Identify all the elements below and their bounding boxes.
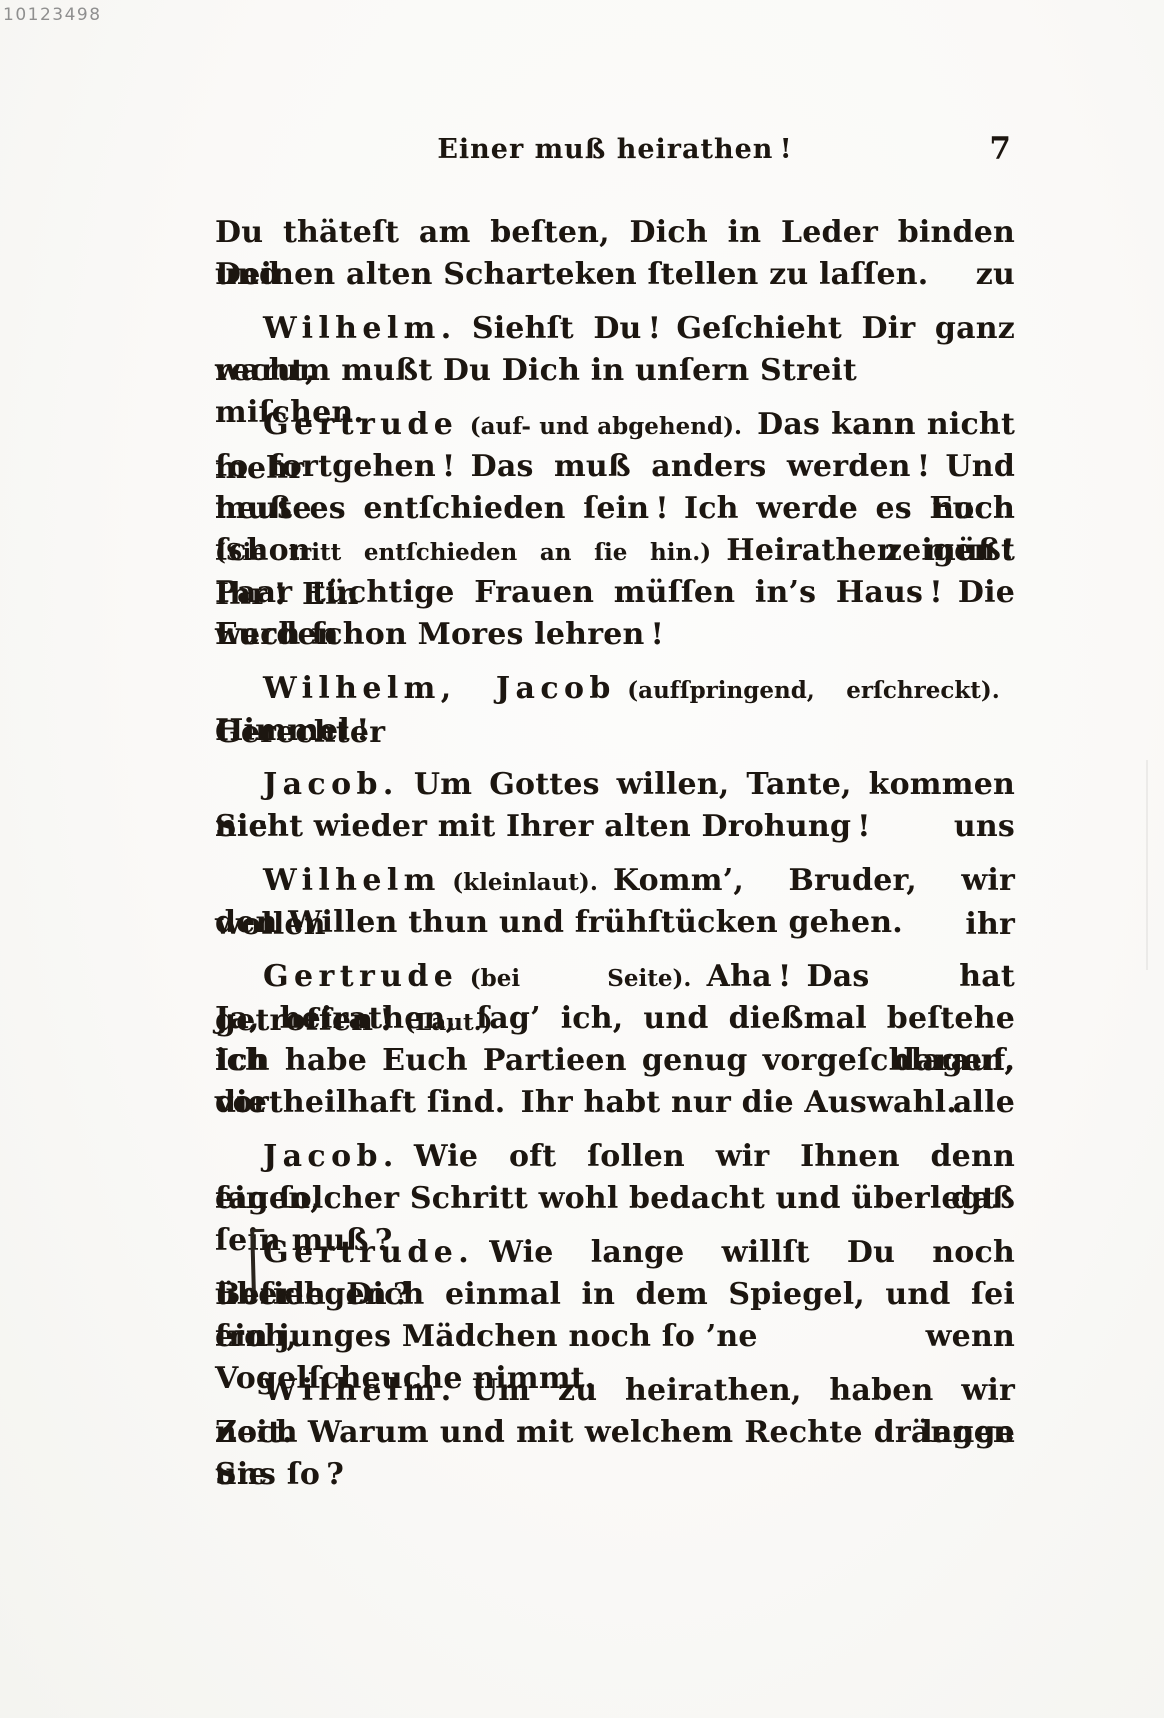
dialogue-text: vortheilhaft ſind. Ihr habt nur die Ausw… [215,1085,957,1120]
text-line: Gertrude (auf- und abgehend). Das kann n… [215,404,1015,446]
text-line: (Sie tritt entſchieden an ſie hin.) Heir… [215,530,1015,572]
speaker-name: Gertrude [263,407,458,442]
text-line: ein ſolcher Schritt wohl bedacht und übe… [215,1178,1015,1220]
text-line: Gertrude. Wie lange willſt Du noch überl… [215,1232,1015,1274]
page-number: 7 [989,131,1011,167]
speaker-name: Gertrude [263,959,458,994]
dialogue-text: Deinen alten Scharteken ſtellen zu laſſe… [215,257,928,292]
text-line: Du thäteſt am beſten, Dich in Leder bind… [215,212,1015,254]
speaker-name: Jacob. [263,767,399,802]
text-line: Jacob. Wie oft ſollen wir Ihnen denn ſag… [215,1136,1015,1178]
running-header-title: Einer muß heirathen ! [215,134,1015,165]
text-line: Zeit. Warum und mit welchem Rechte dräng… [215,1412,1015,1454]
text-line: Ja, heirathen, ſag’ ich, und dießmal beſ… [215,998,1015,1040]
text-line: Ich habe Euch Partieen genug vorgeſchlag… [215,1040,1015,1082]
dialogue-text: nicht wieder mit Ihrer alten Drohung ! [215,809,871,844]
text-body: Du thäteſt am beſten, Dich in Leder bind… [215,212,1015,1496]
text-line: Wilhelm. Siehſt Du ! Geſchieht Dir ganz … [215,308,1015,350]
margin-bracket-mark [250,1229,266,1290]
dialogue-text: Himmel ! [215,713,369,748]
text-line: Wilhelm (kleinlaut). Komm’, Bruder, wir … [215,860,1015,902]
text-line: muß es entſchieden ſein ! Ich werde es E… [215,488,1015,530]
speaker-name: Wilhelm. [263,1373,457,1408]
text-line: Jacob. Um Gottes willen, Tante, kommen S… [215,764,1015,806]
text-line: Deinen alten Scharteken ſtellen zu laſſe… [215,254,1015,296]
text-line: ſo fortgehen ! Das muß anders werden ! U… [215,446,1015,488]
stage-direction: (Sie tritt entſchieden an ſie hin.) [215,539,711,566]
dialogue-text: Euch ſchon Mores lehren ! [215,617,664,652]
stage-direction: (auf- und abgehend). [458,413,742,440]
text-line: Himmel ! [215,710,1015,752]
scan-edge-artifact [1146,760,1148,970]
dialogue-text: uns ſo ? [215,1457,344,1492]
stage-direction: (aufſpringend, erſchreckt). [616,677,1000,704]
text-line: Paar tüchtige Frauen müſſen in’s Haus ! … [215,572,1015,614]
page-header: Einer muß heirathen ! 7 [215,131,1015,175]
text-line: Wilhelm, Jacob (aufſpringend, erſchreckt… [215,668,1015,710]
text-line: Euch ſchon Mores lehren ! [215,614,1015,656]
speaker-name: Wilhelm [263,863,441,898]
text-line: Gertrude (bei Seite). Aha ! Das hat getr… [215,956,1015,998]
text-line: den Willen thun und frühſtücken gehen. [215,902,1015,944]
scan-number: 10123498 [3,5,102,25]
speaker-name: Jacob. [263,1139,399,1174]
dialogue-text: den Willen thun und frühſtücken gehen. [215,905,903,940]
text-line: vortheilhaft ſind. Ihr habt nur die Ausw… [215,1082,1015,1124]
stage-direction: (bei Seite). [458,965,691,992]
book-page-scan: 10123498 Einer muß heirathen ! 7 Du thät… [0,0,1164,1718]
text-line: warum mußt Du Dich in unſern Streit miſc… [215,350,1015,392]
text-line: Beſieh Dich einmal in dem Spiegel, und ſ… [215,1274,1015,1316]
speaker-name: Wilhelm. [263,311,457,346]
text-line: uns ſo ? [215,1454,1015,1496]
text-line: Wilhelm. Um zu heirathen, haben wir noch… [215,1370,1015,1412]
stage-direction: (kleinlaut). [441,869,598,896]
speaker-name: Gertrude. [263,1235,474,1270]
speaker-name: Wilhelm, Jacob [263,671,616,706]
